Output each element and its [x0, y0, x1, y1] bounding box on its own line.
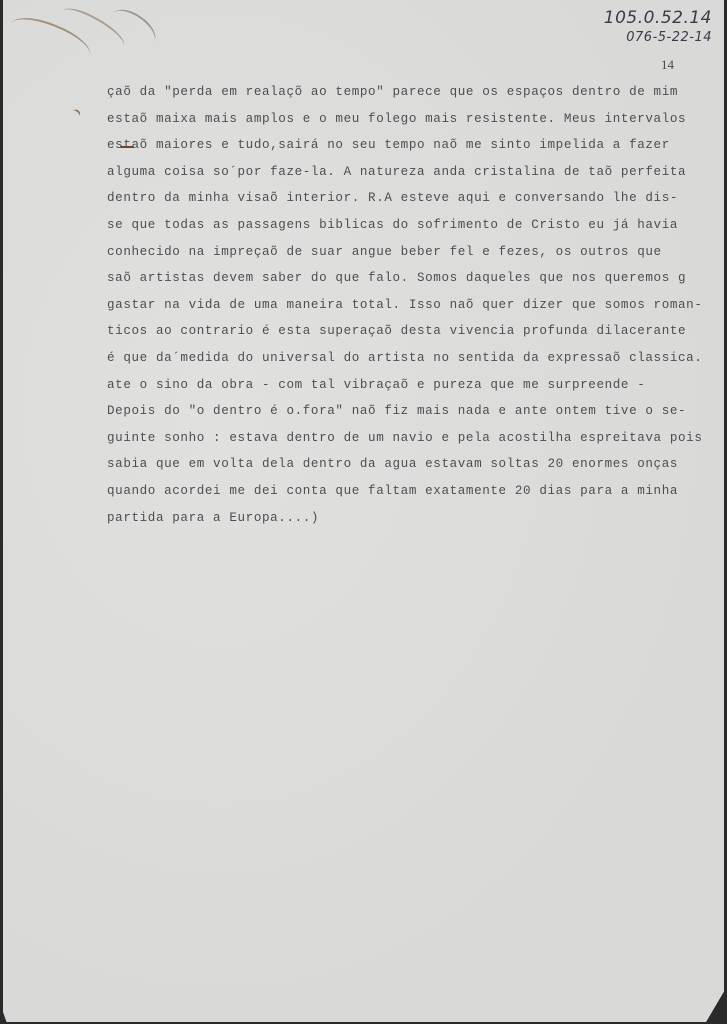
- text-line: conhecido na impreçaõ de suar angue bebe…: [107, 239, 687, 266]
- text-line: ate o sino da obra - com tal vibraçaõ e …: [107, 372, 687, 399]
- text-line: partida para a Europa....): [107, 505, 687, 532]
- page-number: 14: [661, 57, 674, 73]
- archive-reference-primary: 105.0.52.14: [604, 8, 712, 28]
- text-line: guinte sonho : estava dentro de um navio…: [107, 425, 687, 452]
- text-line: estaõ maiores e tudo,sairá no seu tempo …: [107, 132, 687, 159]
- text-line: alguma coisa so´por faze-la. A natureza …: [107, 159, 687, 186]
- text-line: é que da´medida do universal do artista …: [107, 345, 687, 372]
- text-line: dentro da minha visaõ interior. R.A este…: [107, 185, 687, 212]
- document-page: 105.0.52.14 076-5-22-14 14 çaõ da "perda…: [3, 0, 724, 1022]
- text-line: se que todas as passagens biblicas do so…: [107, 212, 687, 239]
- text-line: ticos ao contrario é esta superaçaõ dest…: [107, 318, 687, 345]
- text-line: saõ artistas devem saber do que falo. So…: [107, 265, 687, 292]
- stain-mark: [70, 108, 81, 119]
- text-line: quando acordei me dei conta que faltam e…: [107, 478, 687, 505]
- typewritten-body: çaõ da "perda em realaçõ ao tempo" parec…: [107, 79, 687, 531]
- text-line: gastar na vida de uma maneira total. Iss…: [107, 292, 687, 319]
- archive-reference-secondary: 076-5-22-14: [626, 30, 712, 45]
- text-line: estaõ maixa mais amplos e o meu folego m…: [107, 106, 687, 133]
- text-line: Depois do "o dentro é o.fora" naõ fiz ma…: [107, 398, 687, 425]
- text-line: sabia que em volta dela dentro da agua e…: [107, 451, 687, 478]
- text-line: çaõ da "perda em realaçõ ao tempo" parec…: [107, 79, 687, 106]
